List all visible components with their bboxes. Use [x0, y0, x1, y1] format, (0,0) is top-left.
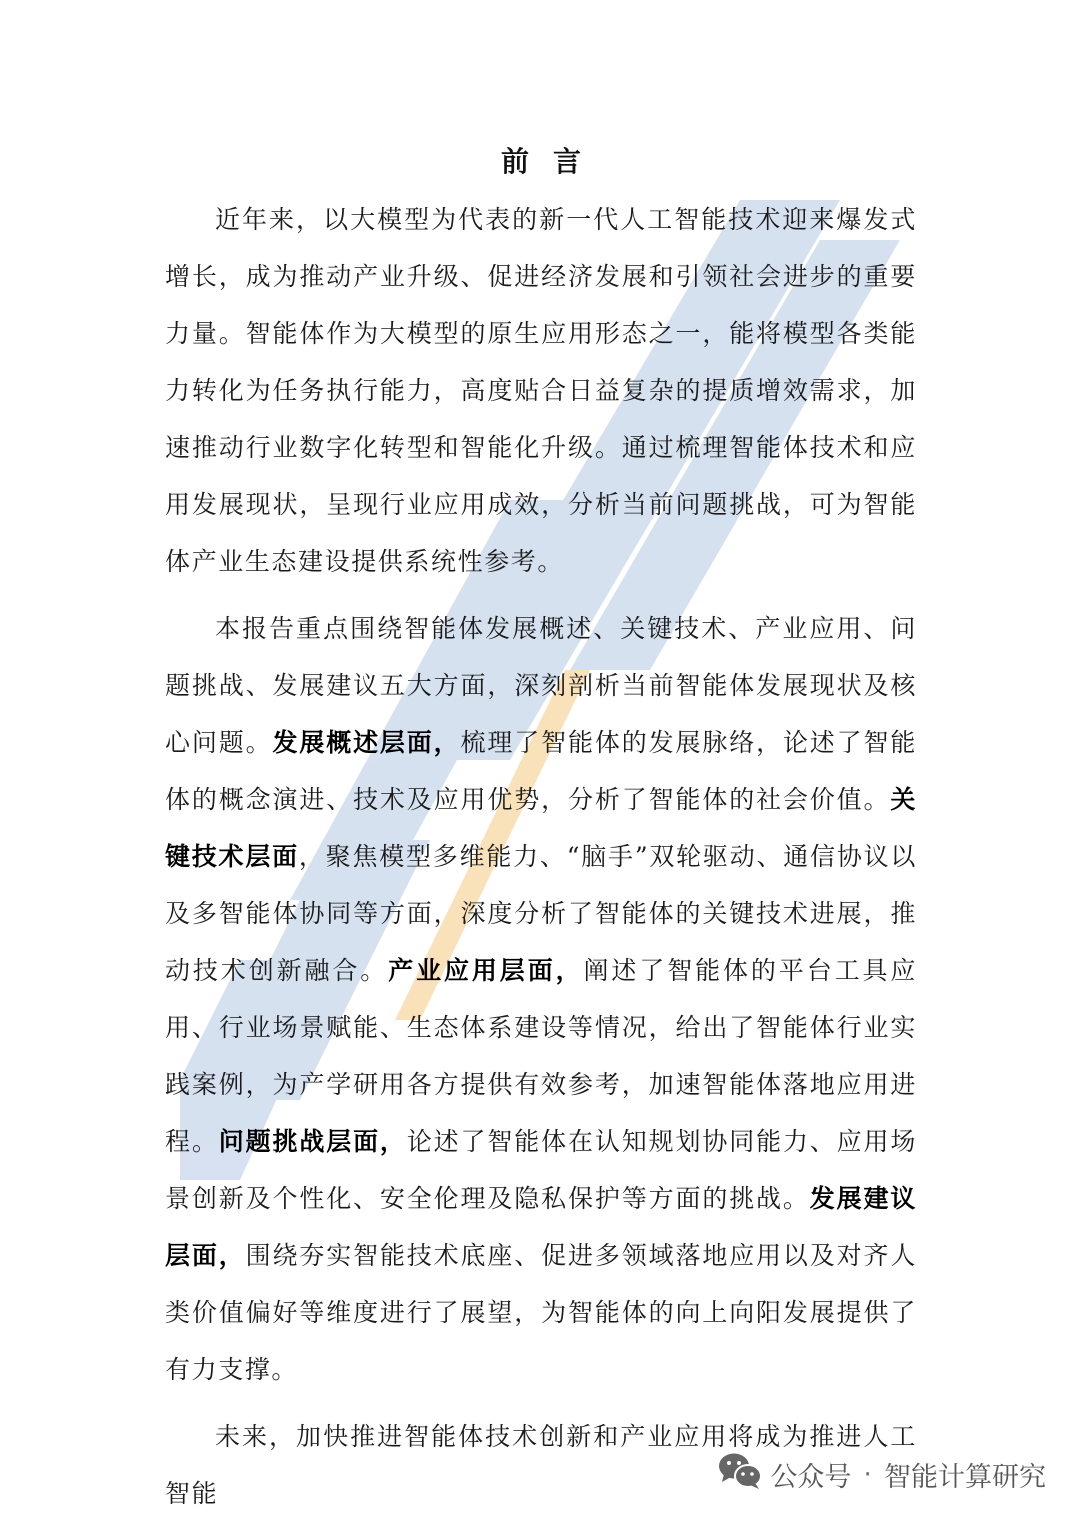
paragraph-text: 围绕夯实智能技术底座、促进多领域落地应用以及对齐人类价值偏好等维度进行了展望，为… — [165, 1241, 917, 1384]
document-body: 近年来，以大模型为代表的新一代人工智能技术迎来爆发式增长，成为推动产业升级、促进… — [165, 191, 917, 1528]
bold-heading-industry: 产业应用层面， — [388, 956, 583, 985]
paragraph-text: 阐述了智能体的平台工具应用、行业场景赋能、生态体系建设等情况，给出了智能体行业实… — [165, 956, 917, 1156]
footer-separator: · — [863, 1459, 872, 1490]
page-title: 前言 — [165, 140, 917, 180]
wechat-account-footer: 公众号 · 智能计算研究 — [718, 1452, 1046, 1497]
paragraph-1: 近年来，以大模型为代表的新一代人工智能技术迎来爆发式增长，成为推动产业升级、促进… — [165, 191, 917, 590]
footer-label: 公众号 — [770, 1455, 851, 1494]
paragraph-text: 近年来，以大模型为代表的新一代人工智能技术迎来爆发式增长，成为推动产业升级、促进… — [165, 205, 917, 576]
wechat-icon — [718, 1452, 762, 1497]
bold-heading-overview: 发展概述层面， — [272, 728, 460, 757]
paragraph-2: 本报告重点围绕智能体发展概述、关键技术、产业应用、问题挑战、发展建议五大方面，深… — [165, 600, 917, 1398]
bold-heading-challenges: 问题挑战层面， — [219, 1127, 407, 1156]
footer-account-name[interactable]: 智能计算研究 — [884, 1455, 1046, 1494]
